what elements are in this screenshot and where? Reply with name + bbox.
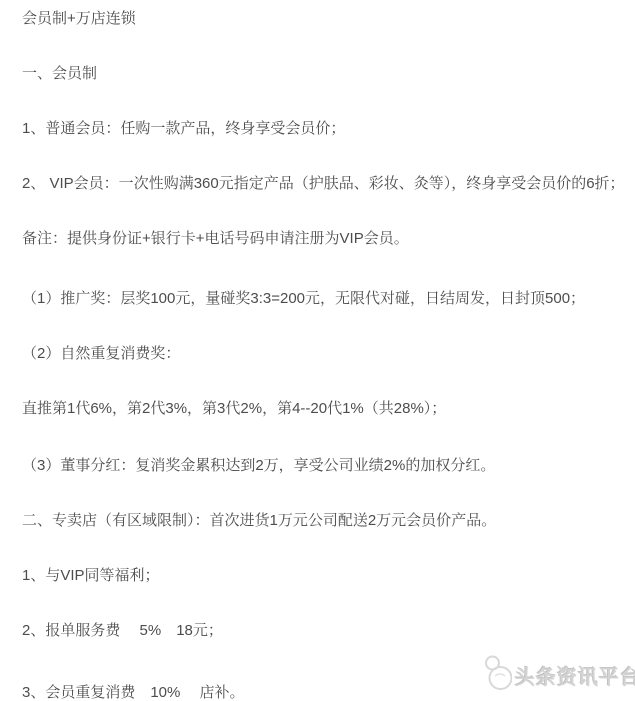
paragraph-note: 备注：提供身份证+银行卡+电话号码申请注册为VIP会员。 xyxy=(22,231,635,246)
paragraph-member-repeat-subsidy: 3、会员重复消费 10% 店补。 xyxy=(22,685,635,700)
paragraph-director-dividend: （3）董事分红：复消奖金累积达到2万，享受公司业绩2%的加权分红。 xyxy=(22,458,635,473)
paragraph-repeat-consumption-award: （2）自然重复消费奖： xyxy=(22,346,635,361)
article-body: 会员制+万店连锁 一、会员制 1、普通会员：任购一款产品，终身享受会员价； 2、… xyxy=(0,0,635,701)
section-heading-membership: 一、会员制 xyxy=(22,66,635,81)
paragraph-promotion-award: （1）推广奖：层奖100元，量碰奖3:3=200元，无限代对碰，日结周发，日封顶… xyxy=(22,291,635,306)
paragraph-vip-equal-benefits: 1、与VIP同等福利； xyxy=(22,568,635,583)
paragraph-order-service-fee: 2、报单服务费 5% 18元； xyxy=(22,623,635,638)
article-title: 会员制+万店连锁 xyxy=(22,11,635,26)
section-heading-franchise-store: 二、专卖店（有区域限制）：首次进货1万元公司配送2万元会员价产品。 xyxy=(22,513,635,528)
paragraph-vip-member: 2、 VIP会员：一次性购满360元指定产品（护肤品、彩妆、灸等），终身享受会员… xyxy=(22,176,635,191)
paragraph-normal-member: 1、普通会员：任购一款产品，终身享受会员价； xyxy=(22,121,635,136)
paragraph-generation-rates: 直推第1代6%，第2代3%，第3代2%，第4--20代1%（共28%）； xyxy=(22,401,635,416)
